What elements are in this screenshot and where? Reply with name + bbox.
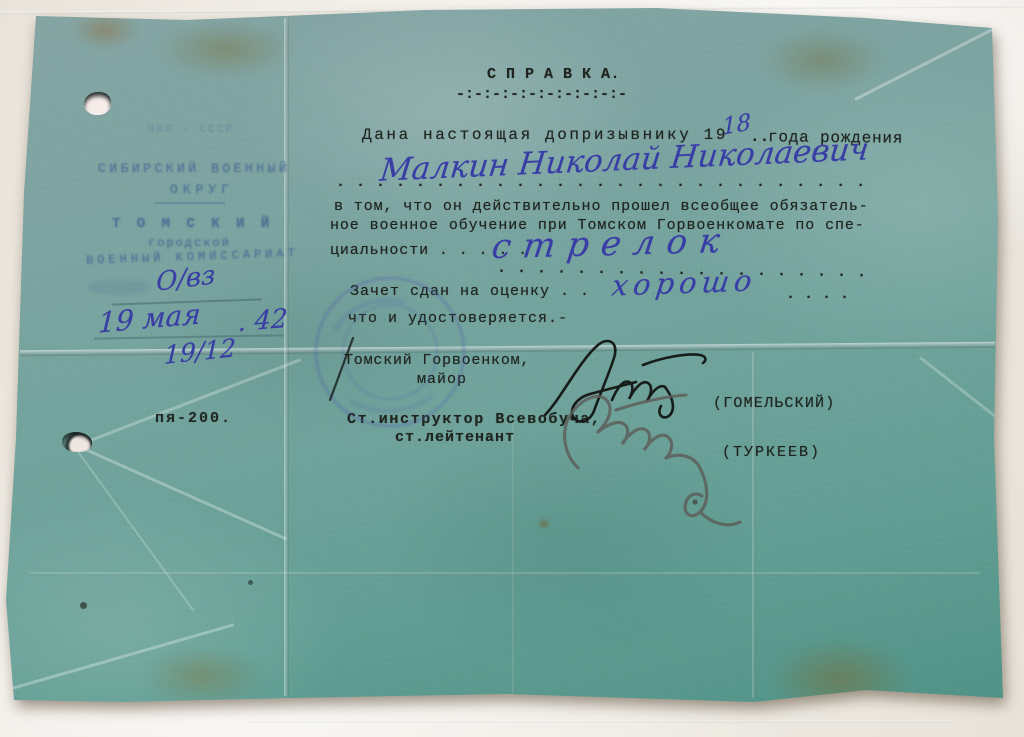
stain — [770, 638, 910, 720]
number-handwritten: 19/12 — [164, 333, 237, 370]
crease — [71, 358, 301, 449]
stain — [760, 28, 885, 92]
letterhead-district-line2: ОКРУГ — [170, 182, 234, 197]
fold-vertical — [284, 18, 289, 696]
body-line1: в том, что он действительно прошел всеоб… — [334, 198, 869, 215]
crease — [30, 572, 980, 576]
punch-hole — [84, 92, 111, 115]
stain — [140, 646, 265, 706]
signer2-title-line1: Ст.инструктор Всевобуча, — [347, 411, 601, 428]
speck — [540, 520, 548, 527]
certificate-paper: НКО - СССР СИБИРСКИЙ ВОЕННЫЙ ОКРУГ Т О М… — [0, 0, 1024, 737]
crease — [8, 623, 235, 691]
grade-prefix: Зачет сдан на оценку . . — [350, 283, 590, 300]
grade-dots: . . . . — [786, 286, 849, 303]
crease — [71, 442, 287, 540]
date-handwritten: 19 мая — [97, 297, 201, 339]
letterhead-city: Т О М С К И Й — [112, 216, 273, 232]
signature1-gomelsky-icon — [545, 341, 705, 422]
letterhead-rule — [155, 202, 225, 204]
date-year-handwritten: . 42 — [237, 304, 288, 339]
crease — [75, 448, 194, 611]
letterhead-city-type: городской — [148, 236, 231, 250]
signer1-title-line1: Томский Горвоенком, — [344, 352, 530, 369]
print-code: пя-200. — [155, 410, 232, 427]
letterhead-org-line: НКО - СССР — [148, 124, 234, 136]
bleed-through-smudge — [88, 280, 150, 294]
paper-shadow: НКО - СССР СИБИРСКИЙ ВОЕННЫЙ ОКРУГ Т О М… — [0, 0, 1024, 737]
pen-slash-mark — [330, 338, 353, 400]
stain — [70, 10, 140, 50]
crease — [512, 420, 515, 696]
document-title: С П Р А В К А. — [487, 66, 620, 83]
photo-of-certificate: НКО - СССР СИБИРСКИЙ ВОЕННЫЙ ОКРУГ Т О М… — [0, 0, 1024, 737]
letterhead-district-line1: СИБИРСКИЙ ВОЕННЫЙ — [98, 161, 290, 176]
stain — [158, 20, 293, 78]
signer1-surname: (ГОМЕЛЬСКИЙ) — [713, 395, 835, 412]
signer2-surname: (ТУРКЕЕВ) — [722, 444, 821, 461]
signer1-title-line2: майор — [417, 371, 467, 388]
crease — [919, 356, 1024, 441]
grade-handwritten: хорошо — [610, 263, 759, 302]
speck — [80, 602, 87, 609]
punch-hole — [62, 432, 92, 452]
title-rule: -:-:-:-:-:-:-:-:-:- — [456, 86, 627, 103]
crease — [854, 19, 1011, 101]
speck — [248, 580, 253, 585]
signer2-title-line2: ст.лейтенант — [395, 429, 515, 446]
unit-handwritten: О/вз — [156, 260, 215, 298]
closing-line: что и удостоверяется.- — [348, 310, 568, 327]
